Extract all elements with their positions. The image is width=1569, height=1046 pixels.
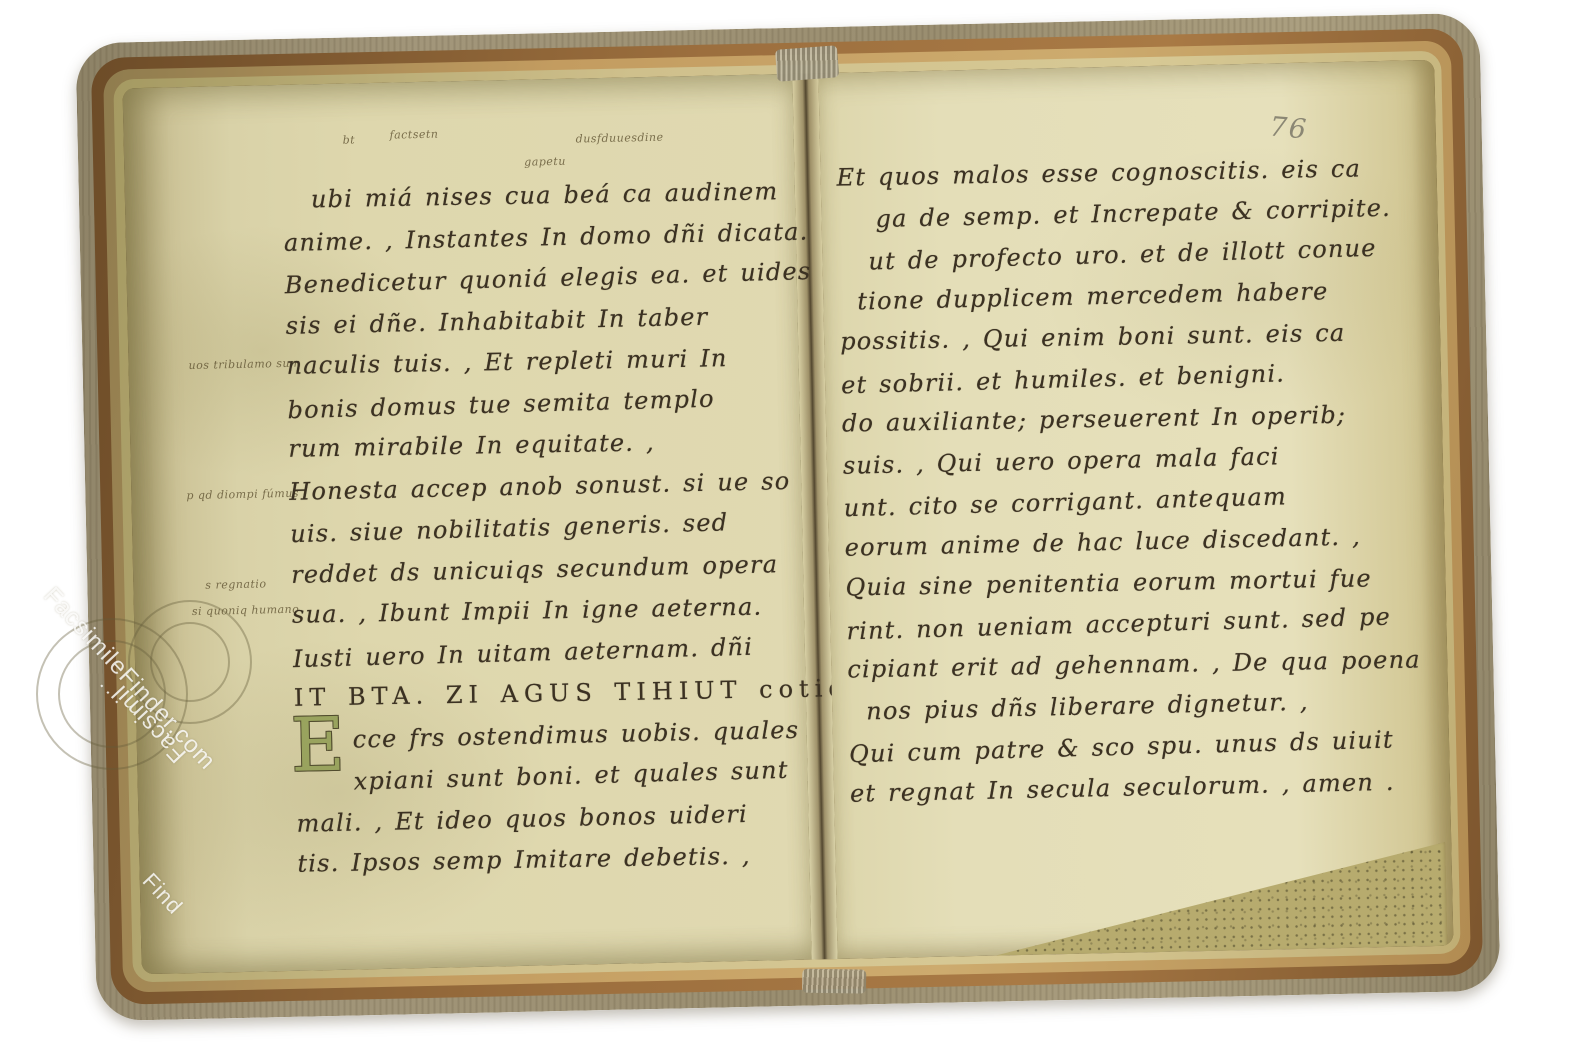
manuscript-line: ubi miá nises cua beá ca audinem: [283, 171, 782, 221]
folio-number: 76: [1268, 111, 1309, 145]
headband-thread: [775, 45, 839, 82]
margin-gloss: uos tribulamo sum: [188, 357, 301, 372]
interlinear-gloss: gapetu: [524, 155, 566, 169]
manuscript-book: bt factsetn dusfduuesdine gapetu uos tri…: [75, 13, 1500, 1021]
right-page: 76 Et quos malos esse cognoscitis. eis c…: [818, 60, 1453, 959]
margin-gloss: p qd diompi fúmus: [186, 487, 299, 502]
open-pages: bt factsetn dusfduuesdine gapetu uos tri…: [122, 60, 1453, 974]
interlinear-gloss: bt: [343, 133, 356, 146]
interlinear-gloss: factsetn: [389, 128, 438, 142]
manuscript-line: rum mirabile In equitate. ,: [288, 420, 787, 470]
margin-gloss: si quoniq humano: [192, 603, 300, 618]
manuscript-line: tis. Ipsos semp Imitare debetis. ,: [297, 835, 796, 885]
interlinear-gloss: dusfduuesdine: [576, 131, 664, 146]
manuscript-line: cce frs ostendimus uobis. quales: [352, 715, 799, 753]
margin-gloss: s regnatio: [205, 577, 266, 591]
tailband-thread: [802, 969, 866, 994]
right-page-text: Et quos malos esse cognoscitis. eis ca g…: [836, 146, 1436, 815]
left-page-text: ubi miá nises cua beá ca audinem anime. …: [283, 170, 796, 886]
left-page: bt factsetn dusfduuesdine gapetu uos tri…: [122, 74, 811, 974]
page-corner-show-through: [993, 838, 1447, 956]
